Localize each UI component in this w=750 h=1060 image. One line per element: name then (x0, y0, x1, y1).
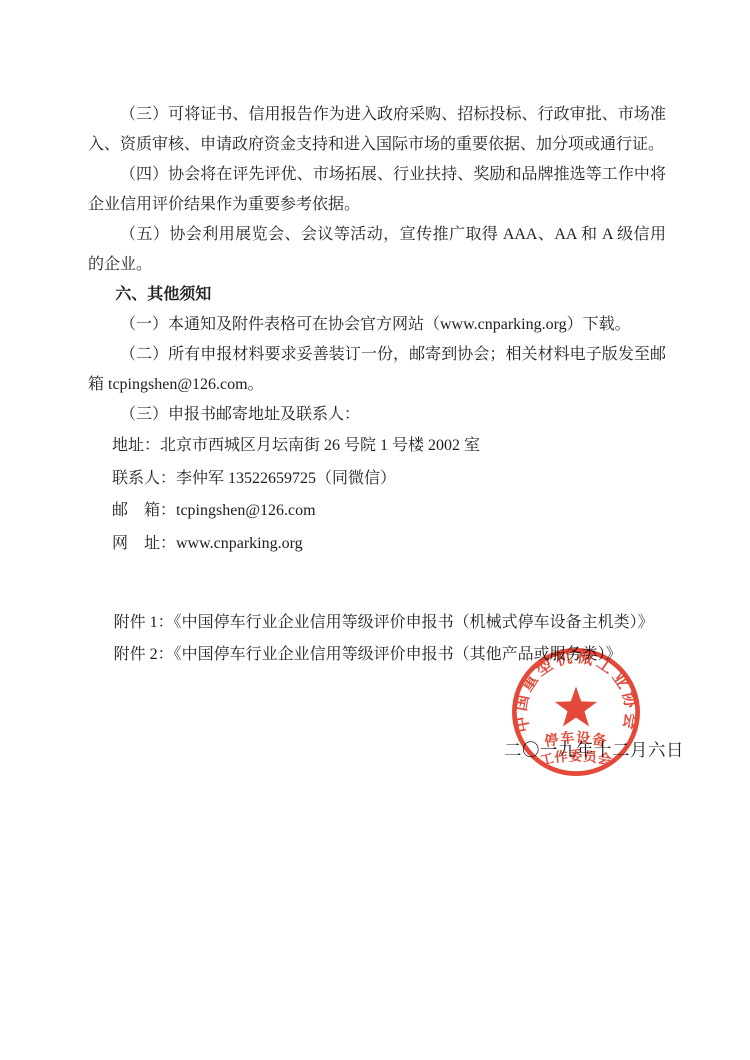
seal-center-text-2: 工作委员会 (539, 748, 614, 769)
contact-address: 地址：北京市西城区月坛南街 26 号院 1 号楼 2002 室 (88, 430, 666, 463)
section-heading-other-notes: 六、其他须知 (88, 280, 666, 310)
association-seal: 中国重型机械工业协会 停车设备 工作委员会 (509, 645, 643, 779)
seal-center-text-1: 停车设备 (543, 729, 609, 749)
paragraph-item-3: （三）可将证书、信用报告作为进入政府采购、招标投标、行政审批、市场准入、资质审核… (88, 100, 666, 160)
attachment-1: 附件 1：《中国停车行业企业信用等级评价申报书（机械式停车设备主机类）》 (88, 607, 666, 639)
contact-person: 联系人：李仲军 13522659725（同微信） (88, 463, 666, 496)
seal-graphic: 中国重型机械工业协会 停车设备 工作委员会 (509, 645, 643, 779)
contact-block: 地址：北京市西城区月坛南街 26 号院 1 号楼 2002 室 联系人：李仲军 … (88, 430, 666, 560)
document-body: （三）可将证书、信用报告作为进入政府采购、招标投标、行政审批、市场准入、资质审核… (88, 100, 666, 671)
note-item-3: （三）申报书邮寄地址及联系人： (88, 400, 666, 430)
document-page: （三）可将证书、信用报告作为进入政府采购、招标投标、行政审批、市场准入、资质审核… (0, 0, 750, 1060)
paragraph-item-4: （四）协会将在评先评优、市场拓展、行业扶持、奖励和品牌推选等工作中将企业信用评价… (88, 160, 666, 220)
contact-email: 邮 箱：tcpingshen@126.com (88, 495, 666, 528)
contact-website: 网 址：www.cnparking.org (88, 528, 666, 561)
note-item-2: （二）所有申报材料要求妥善装订一份，邮寄到协会；相关材料电子版发至邮箱 tcpi… (88, 340, 666, 400)
seal-center-textpath-2: 工作委员会 (539, 748, 614, 769)
seal-center-textpath-1: 停车设备 (543, 729, 609, 749)
seal-star-icon (555, 687, 597, 727)
note-item-1: （一）本通知及附件表格可在协会官方网站（www.cnparking.org）下载… (88, 310, 666, 340)
paragraph-item-5: （五）协会利用展览会、会议等活动，宣传推广取得 AAA、AA 和 A 级信用的企… (88, 220, 666, 280)
